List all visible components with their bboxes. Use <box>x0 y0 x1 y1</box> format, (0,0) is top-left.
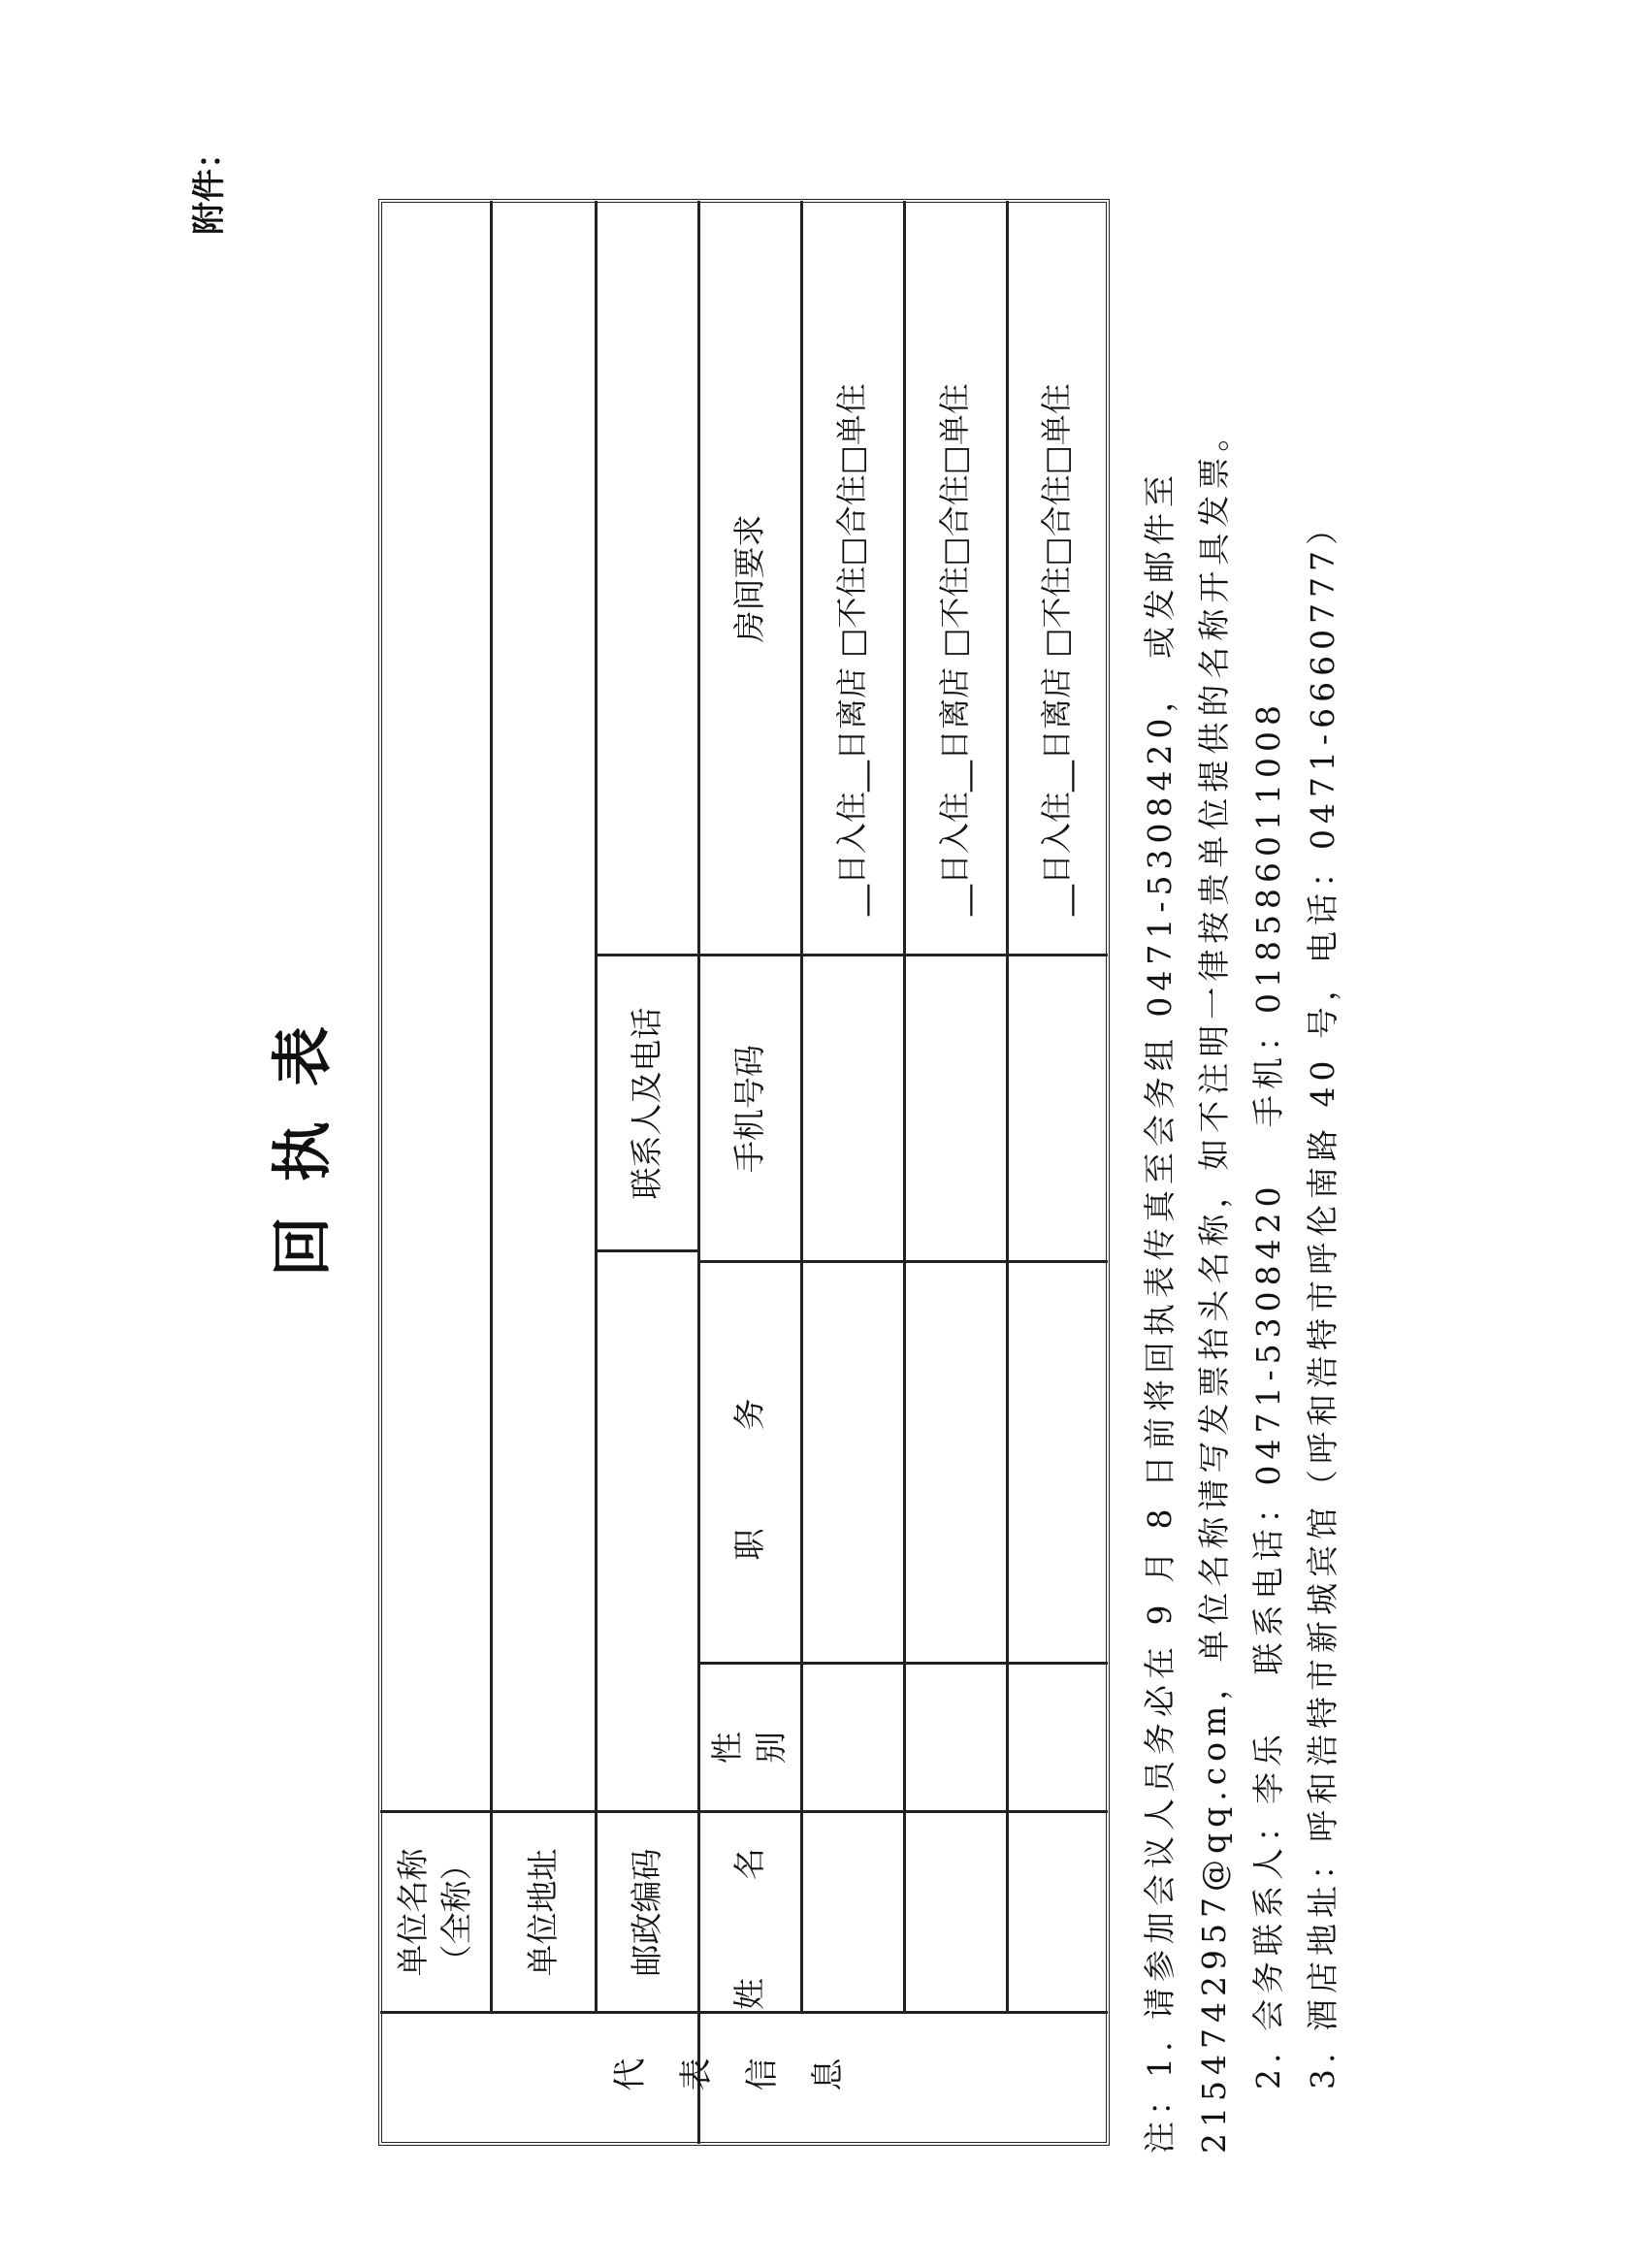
row-mobile-field[interactable] <box>905 956 1006 1261</box>
postal-code-field[interactable] <box>597 1253 697 1811</box>
page-title: 回执表 <box>254 0 340 2268</box>
row-room-options[interactable]: __日入住__日离店 □不住□合住□单住 <box>802 203 903 955</box>
row-room-options[interactable]: __日入住__日离店 □不住□合住□单住 <box>1008 203 1106 955</box>
row-gender-field[interactable] <box>802 1665 903 1811</box>
row-position-field[interactable] <box>905 1263 1006 1663</box>
reply-form-sheet: 附件： 回执表 代表信息 单位名称（全称） 单位地址 邮政编码 联系人及电话 姓… <box>0 0 1649 2268</box>
row-name-field[interactable] <box>1008 1813 1106 2012</box>
notes-block: 注：1. 请参加会议人员务必在 9 月 8 日前将回执表传真至会务组 0471-… <box>1133 116 1350 2154</box>
section-label: 代表信息 <box>380 2014 1108 2144</box>
header-position: 职 务 <box>699 1263 800 1663</box>
row-name-field[interactable] <box>802 1813 903 2012</box>
org-name-label: 单位名称（全称） <box>380 1813 490 2012</box>
row-name-field[interactable] <box>905 1813 1006 2012</box>
row-gender-field[interactable] <box>1008 1665 1106 1811</box>
row-position-field[interactable] <box>802 1263 903 1663</box>
row-mobile-field[interactable] <box>802 956 903 1261</box>
header-name: 姓 名 <box>699 1813 800 2012</box>
postal-code-label: 邮政编码 <box>597 1813 697 2012</box>
row-room-options[interactable]: __日入住__日离店 □不住□合住□单住 <box>905 203 1006 955</box>
org-address-field[interactable] <box>492 203 595 1811</box>
contact-phone-label: 联系人及电话 <box>597 956 697 1250</box>
row-gender-field[interactable] <box>905 1665 1006 1811</box>
org-address-label: 单位地址 <box>492 1813 595 2012</box>
note-line-1: 注：1. 请参加会议人员务必在 9 月 8 日前将回执表传真至会务组 0471-… <box>1133 116 1187 2154</box>
note-line-3: 2. 会务联系人：李乐 联系电话：0471-5308420 手机：0185860… <box>1242 116 1296 2154</box>
row-mobile-field[interactable] <box>1008 956 1106 1261</box>
contact-phone-field[interactable] <box>597 203 697 955</box>
note-line-4: 3. 酒店地址：呼和浩特市新城宾馆（呼和浩特市呼伦南路 40 号，电话：0471… <box>1296 116 1350 2154</box>
org-name-field[interactable] <box>382 203 489 1811</box>
note-line-2: 2154742957@qq.com，单位名称请写发票抬头名称，如不注明一律按贵单… <box>1187 116 1242 2154</box>
row-position-field[interactable] <box>1008 1263 1106 1663</box>
header-gender: 性 别 <box>699 1665 800 1811</box>
header-mobile: 手机号码 <box>699 956 800 1261</box>
header-room: 房间要求 <box>699 203 800 955</box>
attachment-label: 附件： <box>182 136 230 235</box>
